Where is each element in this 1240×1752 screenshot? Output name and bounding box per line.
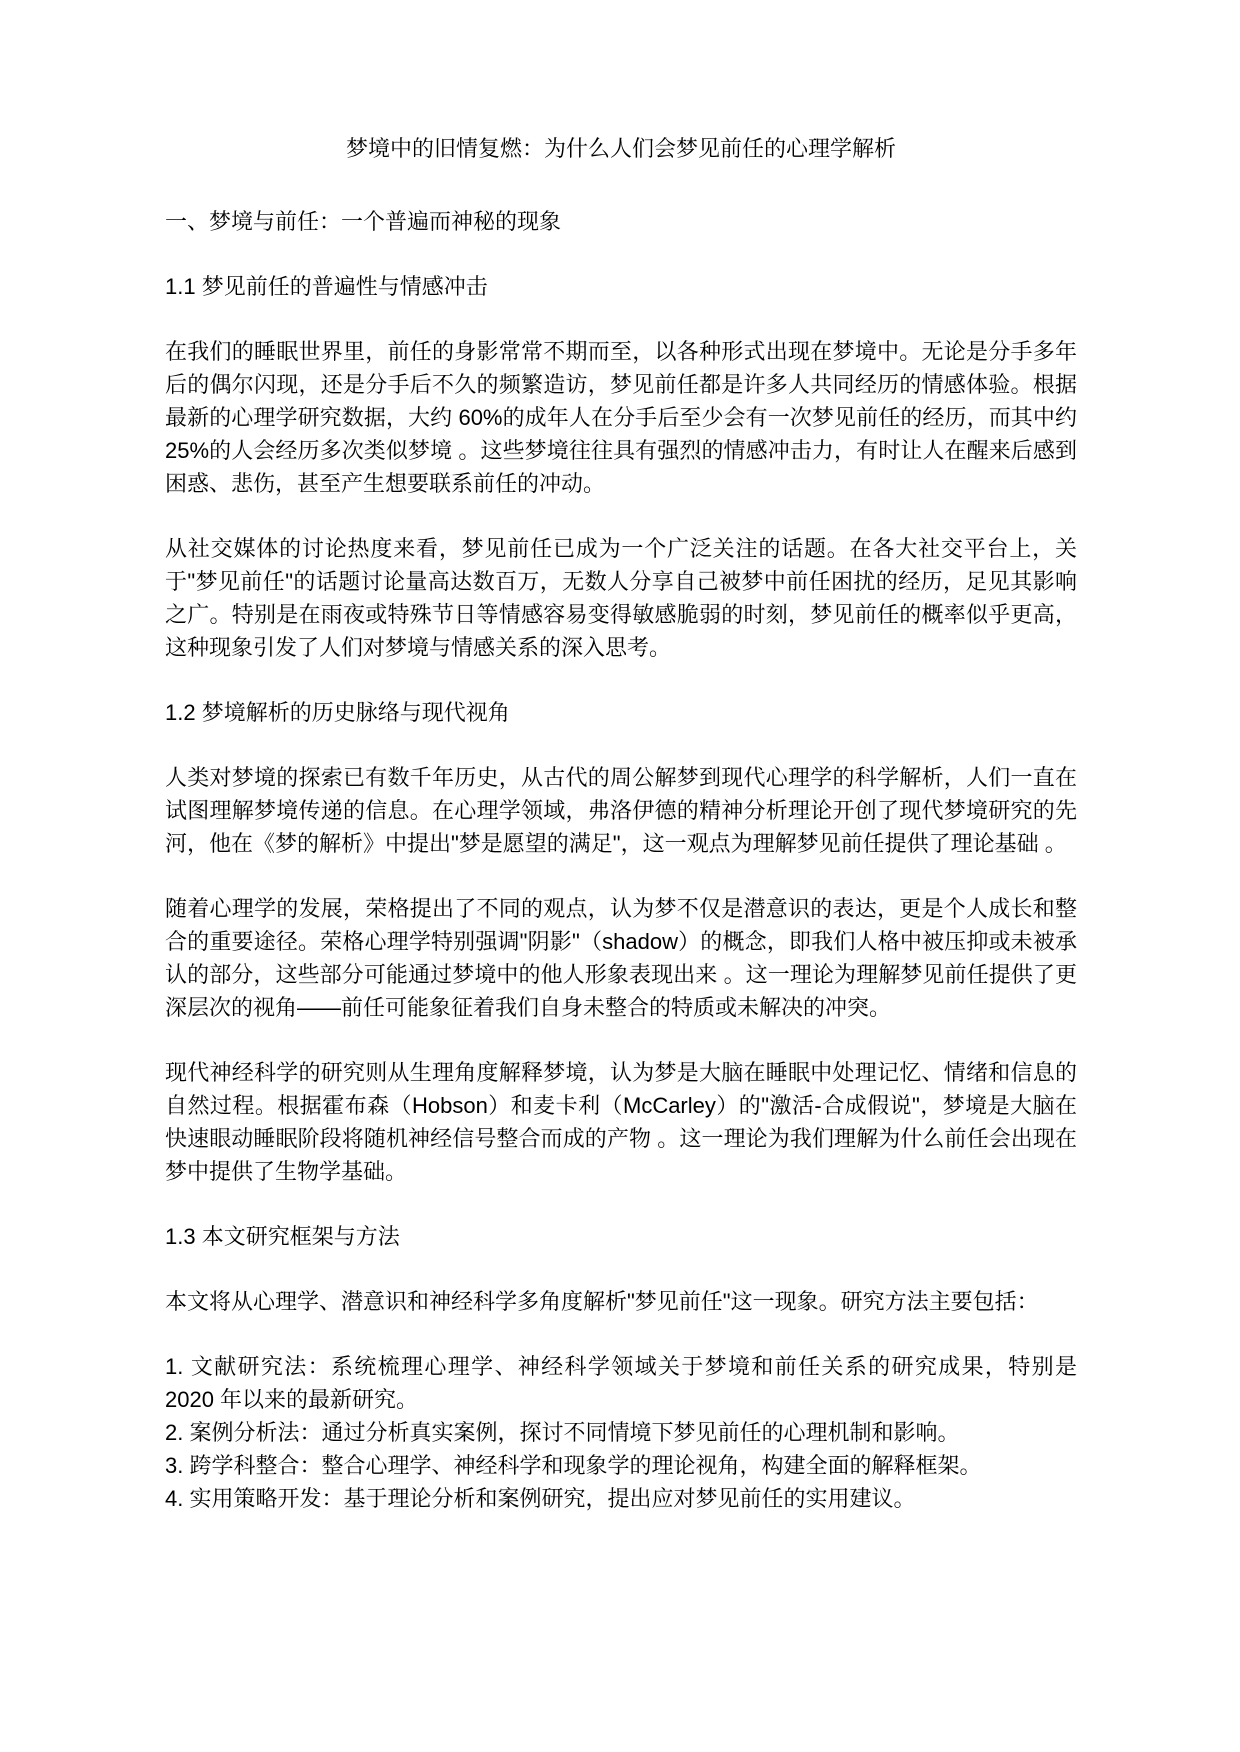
paragraph-prevalence-emotional-impact: 在我们的睡眠世界里，前任的身影常常不期而至，以各种形式出现在梦境中。无论是分手多… xyxy=(165,335,1077,500)
section-heading-1-1: 1.1 梦见前任的普遍性与情感冲击 xyxy=(165,270,1077,303)
method-item-literature-research: 1. 文献研究法：系统梳理心理学、神经科学领域关于梦境和前任关系的研究成果，特别… xyxy=(165,1350,1077,1416)
method-list: 1. 文献研究法：系统梳理心理学、神经科学领域关于梦境和前任关系的研究成果，特别… xyxy=(165,1350,1077,1515)
paragraph-jung-shadow: 随着心理学的发展，荣格提出了不同的观点，认为梦不仅是潜意识的表达，更是个人成长和… xyxy=(165,892,1077,1024)
paragraph-neuroscience-hobson-mccarley: 现代神经科学的研究则从生理角度解释梦境，认为梦是大脑在睡眠中处理记忆、情绪和信息… xyxy=(165,1056,1077,1188)
chapter-heading: 一、梦境与前任：一个普遍而神秘的现象 xyxy=(165,205,1077,238)
section-heading-1-2: 1.2 梦境解析的历史脉络与现代视角 xyxy=(165,696,1077,729)
method-item-interdisciplinary: 3. 跨学科整合：整合心理学、神经科学和现象学的理论视角，构建全面的解释框架。 xyxy=(165,1449,1077,1482)
paragraph-freud-history: 人类对梦境的探索已有数千年历史，从古代的周公解梦到现代心理学的科学解析，人们一直… xyxy=(165,761,1077,860)
method-item-case-analysis: 2. 案例分析法：通过分析真实案例，探讨不同情境下梦见前任的心理机制和影响。 xyxy=(165,1416,1077,1449)
section-heading-1-3: 1.3 本文研究框架与方法 xyxy=(165,1220,1077,1253)
document-page: 梦境中的旧情复燃：为什么人们会梦见前任的心理学解析 一、梦境与前任：一个普遍而神… xyxy=(0,0,1240,1752)
paragraph-research-framework-intro: 本文将从心理学、潜意识和神经科学多角度解析"梦见前任"这一现象。研究方法主要包括… xyxy=(165,1285,1077,1318)
method-item-practical-strategy: 4. 实用策略开发：基于理论分析和案例研究，提出应对梦见前任的实用建议。 xyxy=(165,1482,1077,1515)
paragraph-social-media-discussion: 从社交媒体的讨论热度来看，梦见前任已成为一个广泛关注的话题。在各大社交平台上，关… xyxy=(165,532,1077,664)
document-title: 梦境中的旧情复燃：为什么人们会梦见前任的心理学解析 xyxy=(165,132,1077,165)
